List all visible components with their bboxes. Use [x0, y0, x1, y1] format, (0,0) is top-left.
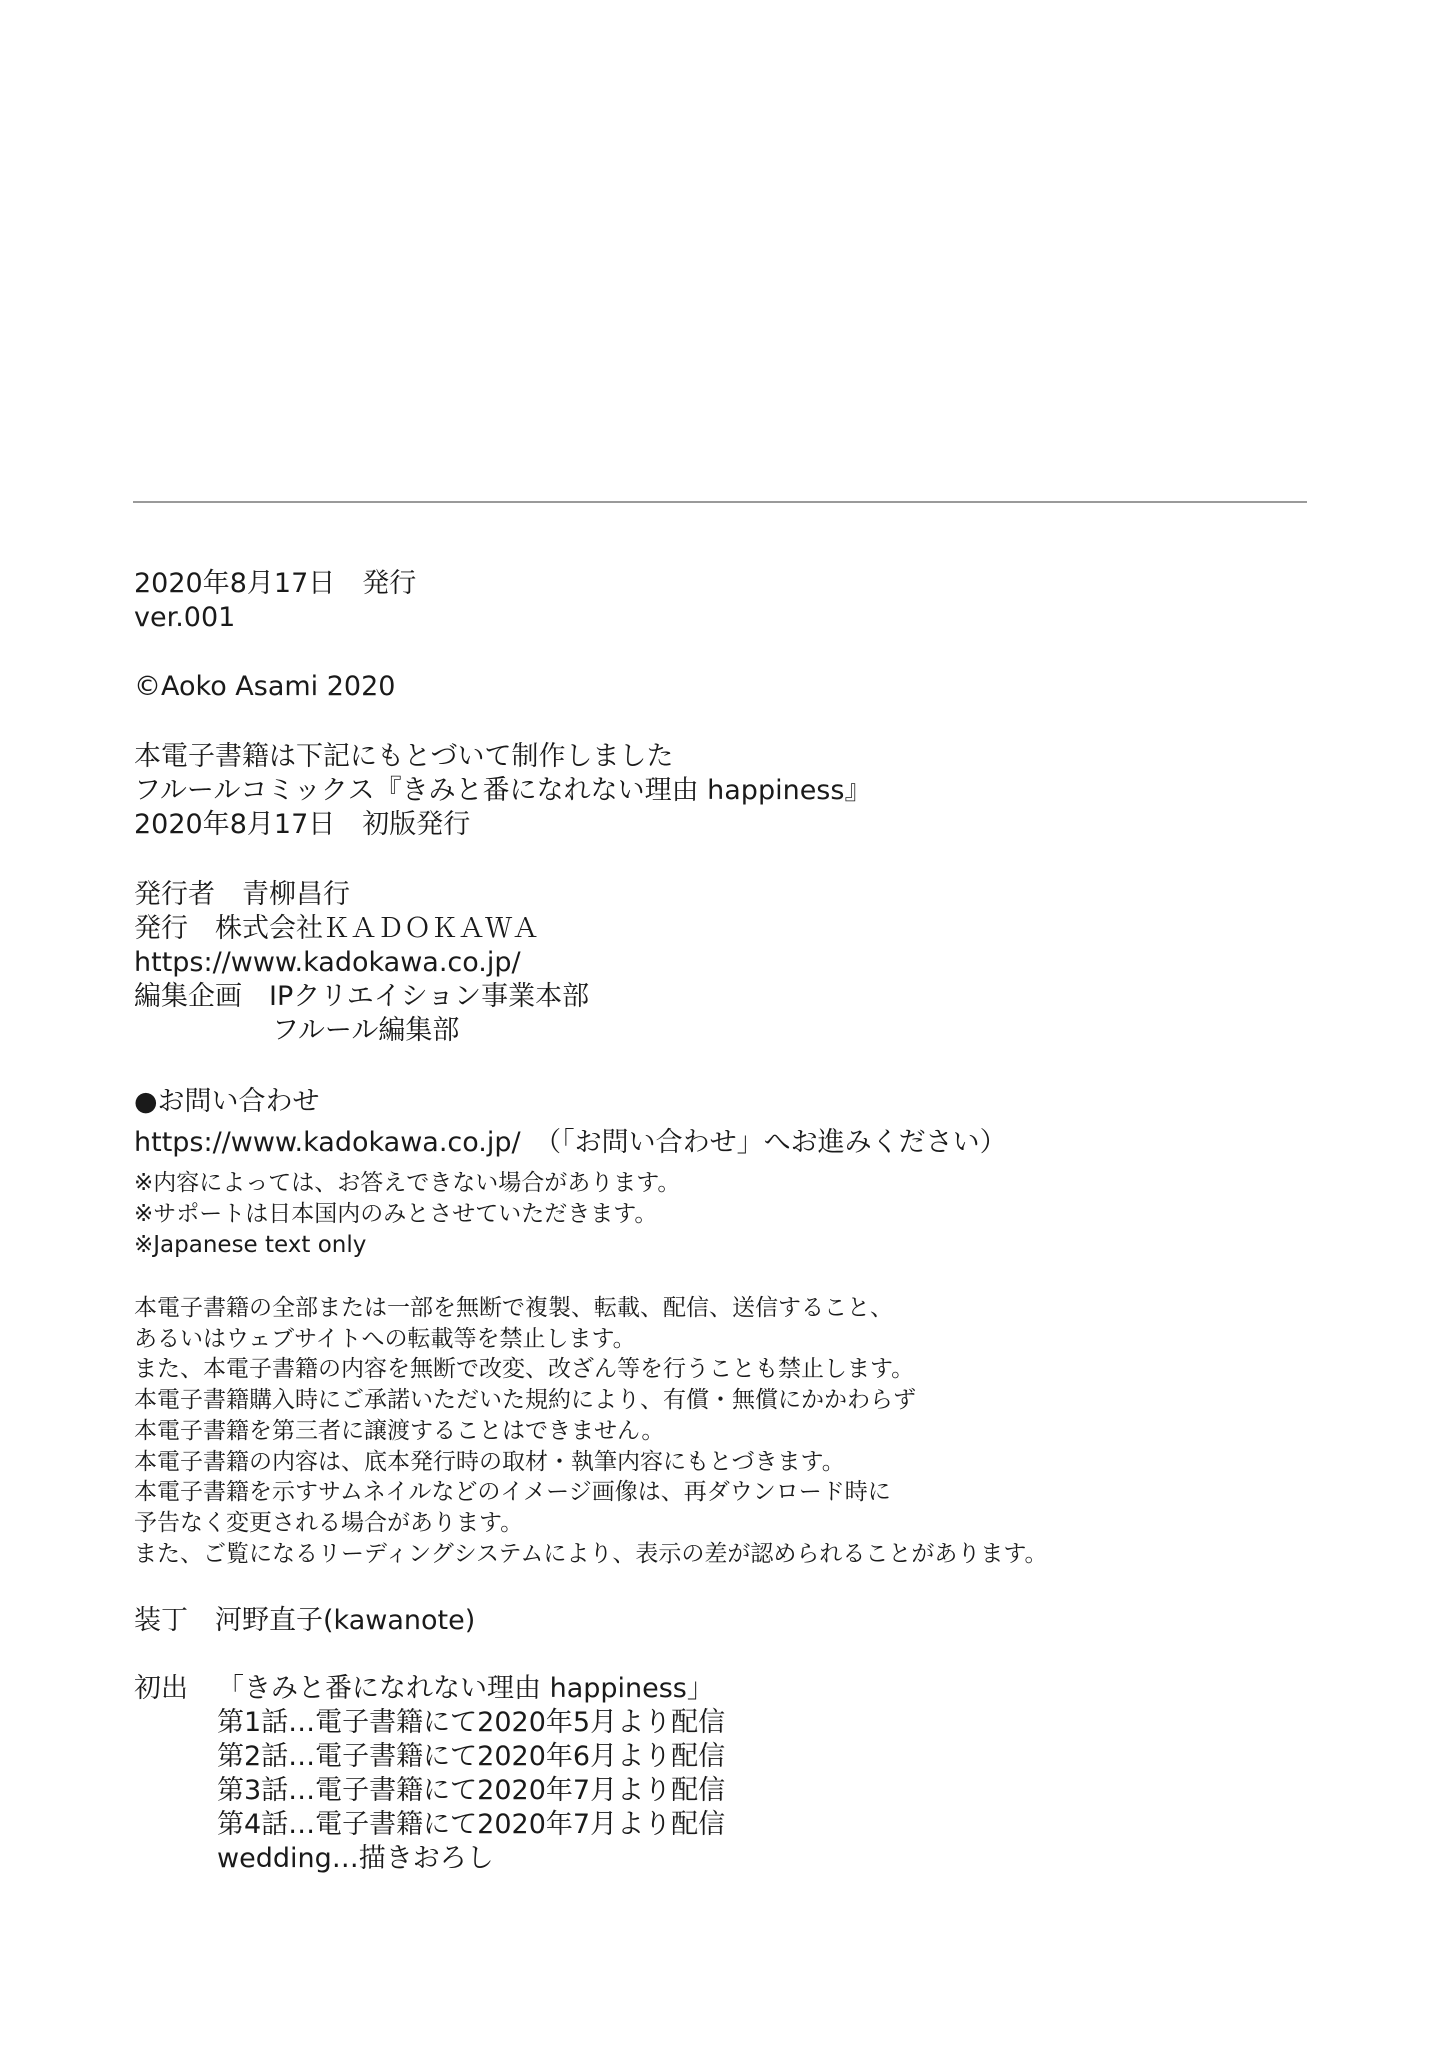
- terms-line: 本電子書籍購入時にご承諾いただいた規約により、有償・無償にかかわらず: [134, 1385, 916, 1415]
- terms-line: あるいはウェブサイトへの転載等を禁止します。: [134, 1324, 636, 1354]
- source-line-2: フルールコミックス『きみと番になれない理由 happiness』: [134, 774, 871, 808]
- publisher-company: 発行 株式会社ＫＡＤＯＫＡＷＡ: [134, 912, 539, 946]
- inquiry-note: ※内容によっては、お答えできない場合があります。: [134, 1168, 680, 1198]
- first-appearance-item: 第3話…電子書籍にて2020年7月より配信: [217, 1774, 725, 1808]
- terms-line: また、ご覧になるリーディングシステムにより、表示の差が認められることがあります。: [134, 1539, 1048, 1569]
- design-credit: 装丁 河野直子(kawanote): [134, 1604, 475, 1638]
- source-line-3: 2020年8月17日 初版発行: [134, 808, 470, 842]
- version: ver.001: [134, 601, 235, 635]
- issue-date: 2020年8月17日 発行: [134, 567, 416, 601]
- divider-rule: [133, 501, 1307, 503]
- publisher-person: 発行者 青柳昌行: [134, 878, 350, 912]
- inquiry-note: ※サポートは日本国内のみとさせていただきます。: [134, 1199, 657, 1229]
- first-appearance-item: 第4話…電子書籍にて2020年7月より配信: [217, 1808, 725, 1842]
- inquiry-heading: ●お問い合わせ: [134, 1085, 320, 1119]
- publisher-url[interactable]: https://www.kadokawa.co.jp/: [134, 946, 521, 980]
- terms-line: 予告なく変更される場合があります。: [134, 1508, 523, 1538]
- first-appearance-title: 「きみと番になれない理由 happiness」: [217, 1672, 714, 1706]
- inquiry-note: ※Japanese text only: [134, 1230, 366, 1260]
- source-line-1: 本電子書籍は下記にもとづいて制作しました: [134, 740, 673, 774]
- terms-line: 本電子書籍を第三者に譲渡することはできません。: [134, 1416, 664, 1446]
- first-appearance-item: wedding…描きおろし: [217, 1842, 494, 1876]
- terms-line: 本電子書籍の内容は、底本発行時の取材・執筆内容にもとづきます。: [134, 1447, 845, 1477]
- first-appearance-item: 第2話…電子書籍にて2020年6月より配信: [217, 1740, 725, 1774]
- terms-line: 本電子書籍を示すサムネイルなどのイメージ画像は、再ダウンロード時に: [134, 1477, 891, 1507]
- terms-line: 本電子書籍の全部または一部を無断で複製、転載、配信、送信すること、: [134, 1293, 893, 1323]
- inquiry-url-line[interactable]: https://www.kadokawa.co.jp/ （「お問い合わせ」へお進…: [134, 1126, 1007, 1160]
- editorial-dept: フルール編集部: [272, 1014, 459, 1048]
- first-appearance-label: 初出: [134, 1672, 188, 1706]
- editorial-planning: 編集企画 IPクリエイション事業本部: [134, 980, 589, 1014]
- copyright: ©Aoko Asami 2020: [134, 670, 395, 704]
- first-appearance-item: 第1話…電子書籍にて2020年5月より配信: [217, 1706, 725, 1740]
- terms-line: また、本電子書籍の内容を無断で改変、改ざん等を行うことも禁止します。: [134, 1354, 914, 1384]
